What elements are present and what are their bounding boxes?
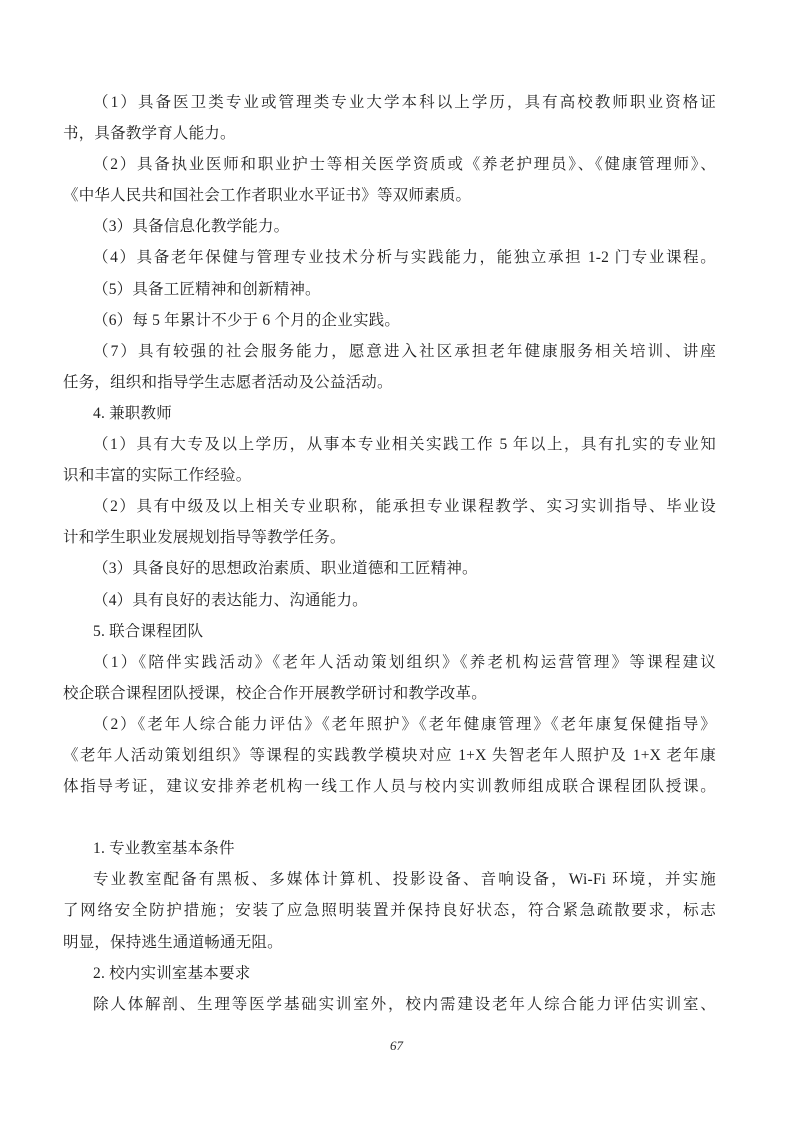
document-page: （1）具备医卫类专业或管理类专业大学本科以上学历，具有高校教师职业资格证 书，具… <box>0 0 793 1122</box>
document-body: （1）具备医卫类专业或管理类专业大学本科以上学历，具有高校教师职业资格证 书，具… <box>63 87 716 1020</box>
doc-line: （2）具备执业医师和职业护士等相关医学资质或《养老护理员》、《健康管理师》、 <box>63 149 716 180</box>
doc-line: 体指导考证，建议安排养老机构一线工作人员与校内实训教师组成联合课程团队授课。 <box>63 771 716 802</box>
subsection-heading-training-room-requirements: 2. 校内实训室基本要求 <box>63 958 716 989</box>
doc-line: 书，具备教学育人能力。 <box>63 118 716 149</box>
doc-line: （7）具有较强的社会服务能力，愿意进入社区承担老年健康服务相关培训、讲座 <box>63 336 716 367</box>
doc-line: 校企联合课程团队授课，校企合作开展教学研讨和教学改革。 <box>63 678 716 709</box>
doc-line: （3）具备信息化教学能力。 <box>63 211 716 242</box>
doc-line: （5）具备工匠精神和创新精神。 <box>63 274 716 305</box>
doc-line: （1）具备医卫类专业或管理类专业大学本科以上学历，具有高校教师职业资格证 <box>63 87 716 118</box>
subsection-heading-part-time-teachers: 4. 兼职教师 <box>63 398 716 429</box>
doc-line: （2）具有中级及以上相关专业职称，能承担专业课程教学、实习实训指导、毕业设 <box>63 491 716 522</box>
page-number: 67 <box>0 1038 793 1054</box>
doc-line: 识和丰富的实际工作经验。 <box>63 460 716 491</box>
doc-line: 明显，保持逃生通道畅通无阻。 <box>63 927 716 958</box>
doc-line: 《中华人民共和国社会工作者职业水平证书》等双师素质。 <box>63 180 716 211</box>
doc-line: （4）具备老年保健与管理专业技术分析与实践能力，能独立承担 1-2 门专业课程。 <box>63 242 716 273</box>
doc-line: 《老年人活动策划组织》等课程的实践教学模块对应 1+X 失智老年人照护及 1+X… <box>63 740 716 771</box>
doc-line: 计和学生职业发展规划指导等教学任务。 <box>63 522 716 553</box>
doc-line: 了网络安全防护措施；安装了应急照明装置并保持良好状态，符合紧急疏散要求，标志 <box>63 895 716 926</box>
doc-line: 专业教室配备有黑板、多媒体计算机、投影设备、音响设备，Wi-Fi 环境，并实施 <box>63 864 716 895</box>
doc-line: 除人体解剖、生理等医学基础实训室外，校内需建设老年人综合能力评估实训室、 <box>63 989 716 1020</box>
doc-line: （3）具备良好的思想政治素质、职业道德和工匠精神。 <box>63 553 716 584</box>
subsection-heading-joint-course-team: 5. 联合课程团队 <box>63 616 716 647</box>
section-heading-teaching-facilities: （二）教学设施 <box>63 802 716 833</box>
doc-line: （6）每 5 年累计不少于 6 个月的企业实践。 <box>63 305 716 336</box>
doc-line: （4）具有良好的表达能力、沟通能力。 <box>63 585 716 616</box>
subsection-heading-classroom-conditions: 1. 专业教室基本条件 <box>63 833 716 864</box>
doc-line: 任务，组织和指导学生志愿者活动及公益活动。 <box>63 367 716 398</box>
doc-line: （1）具有大专及以上学历，从事本专业相关实践工作 5 年以上，具有扎实的专业知 <box>63 429 716 460</box>
doc-line: （2）《老年人综合能力评估》《老年照护》《老年健康管理》《老年康复保健指导》 <box>63 709 716 740</box>
doc-line: （1）《陪伴实践活动》《老年人活动策划组织》《养老机构运营管理》等课程建议 <box>63 647 716 678</box>
